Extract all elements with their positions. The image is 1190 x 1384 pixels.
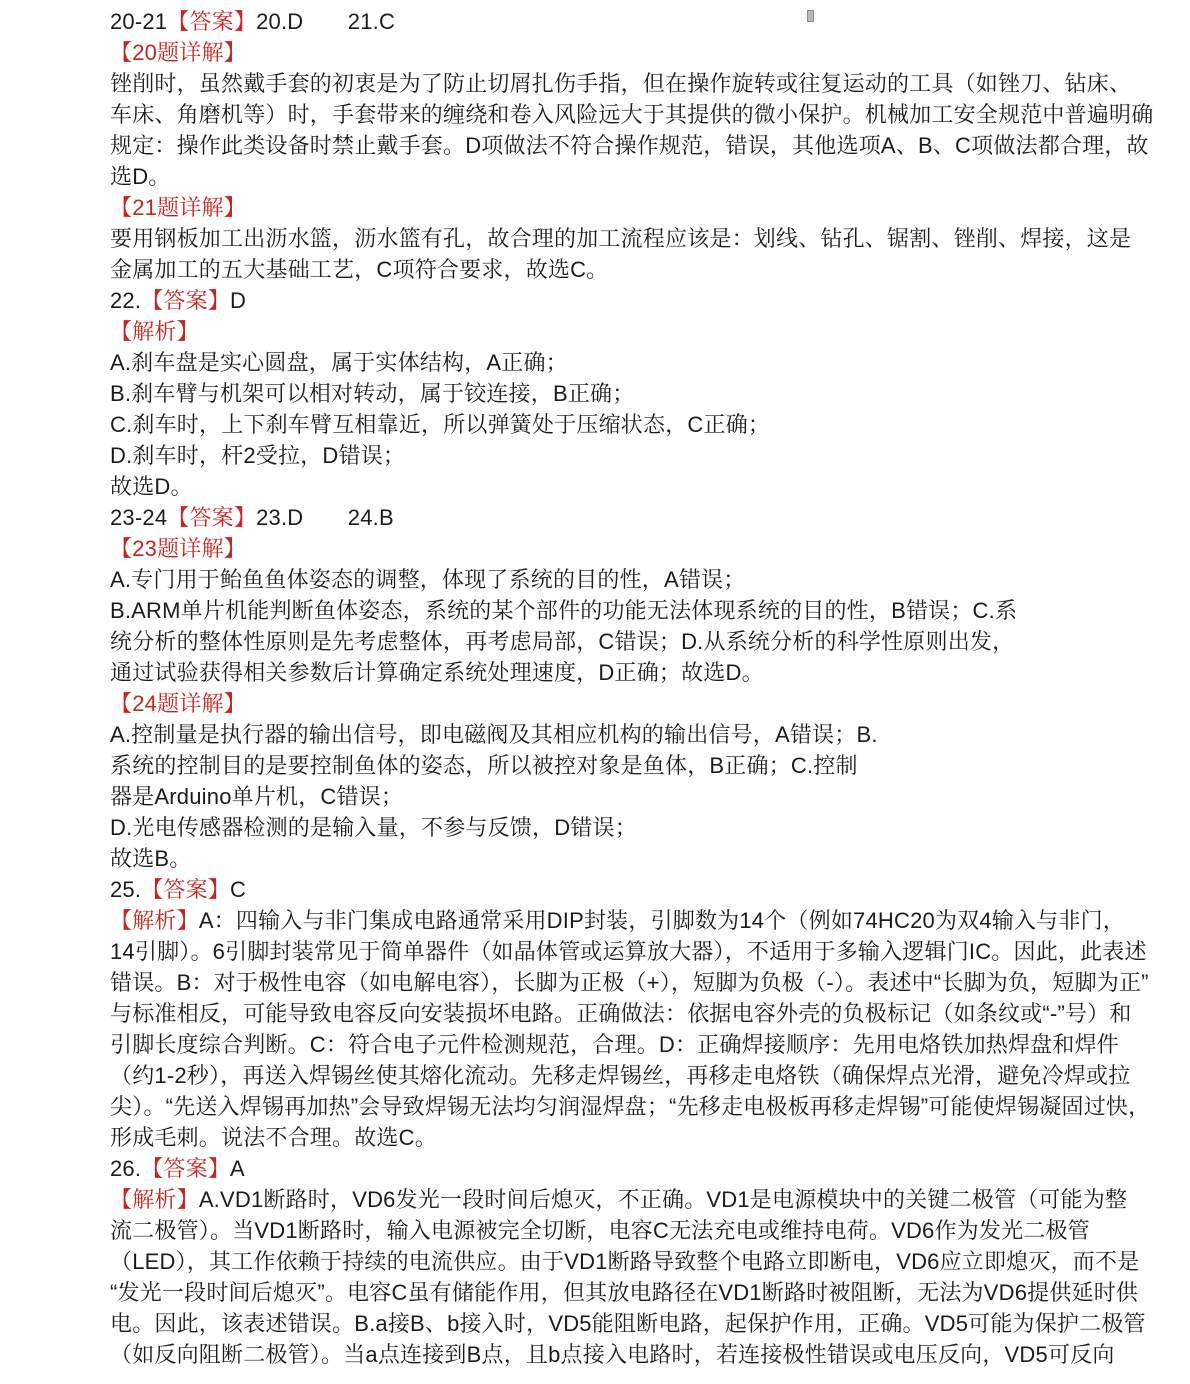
text-run: A.专门用于鲐鱼鱼体姿态的调整，体现了系统的目的性，A错误；	[110, 567, 745, 592]
text-line: 车床、角磨机等）时，手套带来的缠绕和卷入风险远大于其提供的微小保护。机械加工安全…	[110, 99, 1110, 130]
text-line: 尖）。“先送入焊锡再加热”会导致焊锡无法均匀润湿焊盘；“先移走电极板再移走焊锡”…	[110, 1091, 1110, 1122]
text-line: B.刹车臂与机架可以相对转动，属于铰连接，B正确；	[110, 378, 1110, 409]
text-run: 车床、角磨机等）时，手套带来的缠绕和卷入风险远大于其提供的微小保护。机械加工安全…	[110, 102, 1153, 127]
text-run: 锉削时，虽然戴手套的初衷是为了防止切屑扎伤手指，但在操作旋转或往复运动的工具（如…	[110, 71, 1131, 96]
text-run: 通过试验获得相关参数后计算确定系统处理速度，D正确；故选D。	[110, 660, 764, 685]
answer-label: 【答案】	[141, 288, 230, 313]
text-run: A.刹车盘是实心圆盘，属于实体结构，A正确；	[110, 350, 568, 375]
text-run: A.控制量是执行器的输出信号，即电磁阀及其相应机构的输出信号，A错误；B.	[110, 722, 878, 747]
text-run: （如反向阻断二极管）。当a点连接到B点，且b点接入电路时，若连接极性错误或电压反…	[110, 1342, 1115, 1367]
analysis-label: 【解析】	[110, 1187, 199, 1212]
text-run: 形成毛刺。说法不合理。故选C。	[110, 1125, 437, 1150]
text-run: 23-24	[110, 505, 167, 530]
text-run: 故选D。	[110, 474, 193, 499]
text-line: 【20题详解】	[110, 37, 1110, 68]
answer-label: 【答案】	[141, 1156, 230, 1181]
text-line: 形成毛刺。说法不合理。故选C。	[110, 1122, 1110, 1153]
text-run: D	[230, 288, 246, 313]
text-run: “发光一段时间后熄灭”。电容C虽有储能作用，但其放电路径在VD1断路时被阻断，无…	[110, 1280, 1138, 1305]
text-line: 金属加工的五大基础工艺，C项符合要求，故选C。	[110, 254, 1110, 285]
text-line: 电。因此，该表述错误。B.a接B、b接入时，VD5能阻断电路，起保护作用，正确。…	[110, 1308, 1110, 1339]
text-run: 要用钢板加工出沥水篮，沥水篮有孔，故合理的加工流程应该是：划线、钻孔、锯割、锉削…	[110, 226, 1131, 251]
answer-label: 【答案】	[167, 9, 256, 34]
text-run: 系统的控制目的是要控制鱼体的姿态，所以被控对象是鱼体，B正确；C.控制	[110, 753, 858, 778]
detail-heading-q24: 【24题详解】	[110, 691, 246, 716]
answer-label: 【答案】	[167, 505, 256, 530]
text-line: （如反向阻断二极管）。当a点连接到B点，且b点接入电路时，若连接极性错误或电压反…	[110, 1339, 1110, 1370]
text-line: 锉削时，虽然戴手套的初衷是为了防止切屑扎伤手指，但在操作旋转或往复运动的工具（如…	[110, 68, 1110, 99]
text-run: 统分析的整体性原则是先考虑整体，再考虑局部，C错误；D.从系统分析的科学性原则出…	[110, 629, 1014, 654]
text-line: 系统的控制目的是要控制鱼体的姿态，所以被控对象是鱼体，B正确；C.控制	[110, 750, 1110, 781]
text-run: 25.	[110, 877, 141, 902]
text-run: 尖）。“先送入焊锡再加热”会导致焊锡无法均匀润湿焊盘；“先移走电极板再移走焊锡”…	[110, 1094, 1150, 1119]
answer-key-document: 20-21【答案】20.D 21.C【20题详解】锉削时，虽然戴手套的初衷是为了…	[0, 0, 1190, 1384]
text-run: D.光电传感器检测的是输入量，不参与反馈，D错误；	[110, 815, 637, 840]
answer-label: 【答案】	[141, 877, 230, 902]
text-line: 器是Arduino单片机，C错误；	[110, 781, 1110, 812]
text-line: 20-21【答案】20.D 21.C	[110, 6, 1110, 37]
text-line: D.刹车时，杆2受拉，D错误；	[110, 440, 1110, 471]
text-line: 规定：操作此类设备时禁止戴手套。D项做法不符合操作规范，错误，其他选项A、B、C…	[110, 130, 1110, 161]
text-line: “发光一段时间后熄灭”。电容C虽有储能作用，但其放电路径在VD1断路时被阻断，无…	[110, 1277, 1110, 1308]
text-line: 【解析】A：四输入与非门集成电路通常采用DIP封装，引脚数为14个（例如74HC…	[110, 905, 1110, 936]
text-line: B.ARM单片机能判断鱼体姿态，系统的某个部件的功能无法体现系统的目的性，B错误…	[110, 595, 1110, 626]
text-run: 23.D 24.B	[256, 505, 394, 530]
text-line: （约1-2秒），再送入焊锡丝使其熔化流动。先移走焊锡丝，再移走电烙铁（确保焊点光…	[110, 1060, 1110, 1091]
text-run: A	[230, 1156, 245, 1181]
text-line: 故选B。	[110, 843, 1110, 874]
text-line: （LED），其工作依赖于持续的电流供应。由于VD1断路导致整个电路立即断电，VD…	[110, 1246, 1110, 1277]
analysis-label: 【解析】	[110, 908, 199, 933]
text-run: A：四输入与非门集成电路通常采用DIP封装，引脚数为14个（例如74HC20为双…	[199, 908, 1125, 933]
text-line: 14引脚）。6引脚封装常见于简单器件（如晶体管或运算放大器），不适用于多输入逻辑…	[110, 936, 1110, 967]
text-run: 20-21	[110, 9, 167, 34]
text-line: 通过试验获得相关参数后计算确定系统处理速度，D正确；故选D。	[110, 657, 1110, 688]
text-run: 与标准相反，可能导致电容反向安装损坏电路。正确做法：依据电容外壳的负极标记（如条…	[110, 1001, 1132, 1026]
text-run: C	[230, 877, 246, 902]
text-line: C.刹车时，上下刹车臂互相靠近，所以弹簧处于压缩状态，C正确；	[110, 409, 1110, 440]
text-run: 选D。	[110, 164, 171, 189]
text-run: 22.	[110, 288, 141, 313]
text-line: 【解析】A.VD1断路时，VD6发光一段时间后熄灭，不正确。VD1是电源模块中的…	[110, 1184, 1110, 1215]
text-run: B.ARM单片机能判断鱼体姿态，系统的某个部件的功能无法体现系统的目的性，B错误…	[110, 598, 1017, 623]
text-line: 【24题详解】	[110, 688, 1110, 719]
text-line: 23-24【答案】23.D 24.B	[110, 502, 1110, 533]
text-run: 错误。B：对于极性电容（如电解电容），长脚为正极（+），短脚为负极（-）。表述中…	[110, 970, 1149, 995]
text-run: 流二极管）。当VD1断路时，输入电源被完全切断，电容C无法充电或维持电荷。VD6…	[110, 1218, 1090, 1243]
text-run: 规定：操作此类设备时禁止戴手套。D项做法不符合操作规范，错误，其他选项A、B、C…	[110, 133, 1149, 158]
text-line: 26.【答案】A	[110, 1153, 1110, 1184]
detail-heading-q23: 【23题详解】	[110, 536, 246, 561]
text-run: 引脚长度综合判断。C：符合电子元件检测规范，合理。D：正确焊接顺序：先用电烙铁加…	[110, 1032, 1119, 1057]
text-line: 引脚长度综合判断。C：符合电子元件检测规范，合理。D：正确焊接顺序：先用电烙铁加…	[110, 1029, 1110, 1060]
text-run: 器是Arduino单片机，C错误；	[110, 784, 403, 809]
text-line: 【21题详解】	[110, 192, 1110, 223]
text-line: D.光电传感器检测的是输入量，不参与反馈，D错误；	[110, 812, 1110, 843]
analysis-label: 【解析】	[110, 319, 199, 344]
text-line: 与标准相反，可能导致电容反向安装损坏电路。正确做法：依据电容外壳的负极标记（如条…	[110, 998, 1110, 1029]
text-run: （LED），其工作依赖于持续的电流供应。由于VD1断路导致整个电路立即断电，VD…	[110, 1249, 1139, 1274]
text-run: 20.D 21.C	[256, 9, 395, 34]
text-run: C.刹车时，上下刹车臂互相靠近，所以弹簧处于压缩状态，C正确；	[110, 412, 770, 437]
text-line: 要用钢板加工出沥水篮，沥水篮有孔，故合理的加工流程应该是：划线、钻孔、锯割、锉削…	[110, 223, 1110, 254]
text-run: A.VD1断路时，VD6发光一段时间后熄灭，不正确。VD1是电源模块中的关键二极…	[199, 1187, 1127, 1212]
text-line: 统分析的整体性原则是先考虑整体，再考虑局部，C错误；D.从系统分析的科学性原则出…	[110, 626, 1110, 657]
text-line: 25.【答案】C	[110, 874, 1110, 905]
text-line: 【23题详解】	[110, 533, 1110, 564]
text-line: 【解析】	[110, 316, 1110, 347]
detail-heading-q21: 【21题详解】	[110, 195, 246, 220]
text-line: 故选D。	[110, 471, 1110, 502]
document-lines: 20-21【答案】20.D 21.C【20题详解】锉削时，虽然戴手套的初衷是为了…	[110, 6, 1110, 1370]
text-line: 22.【答案】D	[110, 285, 1110, 316]
text-run: 26.	[110, 1156, 141, 1181]
text-run: D.刹车时，杆2受拉，D错误；	[110, 443, 405, 468]
text-run: （约1-2秒），再送入焊锡丝使其熔化流动。先移走焊锡丝，再移走电烙铁（确保焊点光…	[110, 1063, 1130, 1088]
text-line: A.控制量是执行器的输出信号，即电磁阀及其相应机构的输出信号，A错误；B.	[110, 719, 1110, 750]
text-run: 金属加工的五大基础工艺，C项符合要求，故选C。	[110, 257, 608, 282]
text-run: 14引脚）。6引脚封装常见于简单器件（如晶体管或运算放大器），不适用于多输入逻辑…	[110, 939, 1147, 964]
text-run: 电。因此，该表述错误。B.a接B、b接入时，VD5能阻断电路，起保护作用，正确。…	[110, 1311, 1146, 1336]
text-line: A.刹车盘是实心圆盘，属于实体结构，A正确；	[110, 347, 1110, 378]
detail-heading-q20: 【20题详解】	[110, 40, 246, 65]
text-run: 故选B。	[110, 846, 191, 871]
text-line: 错误。B：对于极性电容（如电解电容），长脚为正极（+），短脚为负极（-）。表述中…	[110, 967, 1110, 998]
text-line: 流二极管）。当VD1断路时，输入电源被完全切断，电容C无法充电或维持电荷。VD6…	[110, 1215, 1110, 1246]
text-run: B.刹车臂与机架可以相对转动，属于铰连接，B正确；	[110, 381, 634, 406]
text-line: 选D。	[110, 161, 1110, 192]
text-line: A.专门用于鲐鱼鱼体姿态的调整，体现了系统的目的性，A错误；	[110, 564, 1110, 595]
